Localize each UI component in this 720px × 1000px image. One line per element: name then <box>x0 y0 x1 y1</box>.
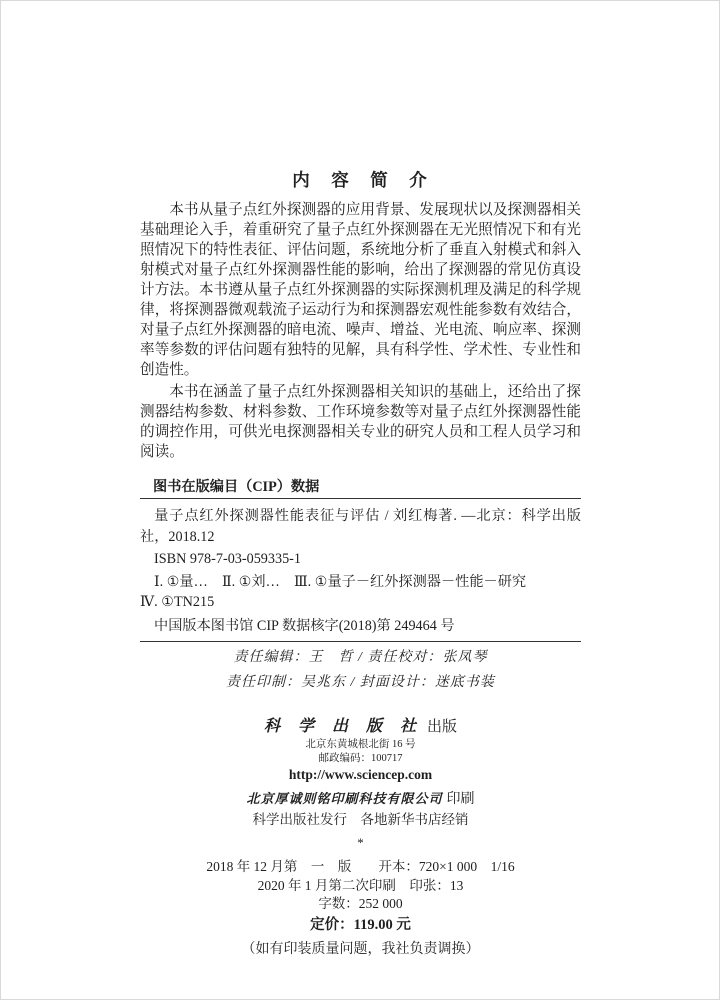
credits-editors-line: 责任编辑：王 哲 / 责任校对：张凤琴 <box>140 647 581 669</box>
cip-section: 图书在版编目（CIP）数据 量子点红外探测器性能表征与评估 / 刘红梅著. —北… <box>140 478 581 637</box>
quality-notice-line: （如有印装质量问题，我社负责调换） <box>140 940 581 959</box>
publisher-url: http://www.sciencep.com <box>140 767 581 782</box>
printer-suffix: 印刷 <box>447 792 475 807</box>
publisher-imprint-suffix: 出版 <box>427 719 457 735</box>
publisher-address: 北京东黄城根北街 16 号 <box>140 738 581 752</box>
printer-line: 北京厚诚则铭印刷科技有限公司 印刷 <box>140 791 581 808</box>
cip-heading: 图书在版编目（CIP）数据 <box>140 479 319 495</box>
word-count-line: 字数：252 000 <box>140 895 581 913</box>
abstract-paragraph-2: 本书在涵盖了量子点红外探测器相关知识的基础上，还给出了探测器结构参数、材料参数、… <box>140 382 581 462</box>
distribution-line: 科学出版社发行 各地新华书店经销 <box>140 812 581 828</box>
section-divider-star: * <box>140 836 581 850</box>
credits-section: 责任编辑：王 哲 / 责任校对：张凤琴 责任印制：吴兆东 / 封面设计：迷底书装 <box>140 641 581 694</box>
page-content: 内 容 简 介 本书从量子点红外探测器的应用背景、发展现状以及探测器相关基础理论… <box>140 1 581 959</box>
publisher-imprint-line: 科 学 出 版 社 出版 <box>140 718 581 736</box>
printing-line: 2020 年 1 月第二次印刷 印张：13 <box>140 877 581 895</box>
publisher-logo-text: 科 学 出 版 社 <box>264 718 423 735</box>
cip-entry: 量子点红外探测器性能表征与评估 / 刘红梅著. —北京：科学出版社，2018.1… <box>140 506 581 548</box>
page-title: 内 容 简 介 <box>140 172 581 189</box>
abstract-paragraph-1: 本书从量子点红外探测器的应用背景、发展现状以及探测器相关基础理论入手，着重研究了… <box>140 200 581 380</box>
cip-heading-row: 图书在版编目（CIP）数据 <box>140 478 581 499</box>
printer-company-name: 北京厚诚则铭印刷科技有限公司 <box>246 791 442 806</box>
cip-classification-line-1: Ⅰ. ①量… Ⅱ. ①刘… Ⅲ. ①量子－红外探测器－性能－研究 <box>140 572 581 592</box>
copyright-page: 内 容 简 介 本书从量子点红外探测器的应用背景、发展现状以及探测器相关基础理论… <box>0 0 720 1000</box>
publisher-postcode: 邮政编码：100717 <box>140 752 581 766</box>
edition-line: 2018 年 12 月第 一 版 开本：720×1 000 1/16 <box>140 858 581 876</box>
isbn-line: ISBN 978-7-03-059335-1 <box>140 549 581 570</box>
cip-record-number: 中国版本图书馆 CIP 数据核字(2018)第 249464 号 <box>140 616 581 637</box>
cip-classification-line-2: Ⅳ. ①TN215 <box>140 592 581 612</box>
publisher-section: 科 学 出 版 社 出版 北京东黄城根北街 16 号 邮政编码：100717 h… <box>140 718 581 959</box>
credits-print-design-line: 责任印制：吴兆东 / 封面设计：迷底书装 <box>140 672 581 694</box>
price-line: 定价：119.00 元 <box>140 916 581 935</box>
